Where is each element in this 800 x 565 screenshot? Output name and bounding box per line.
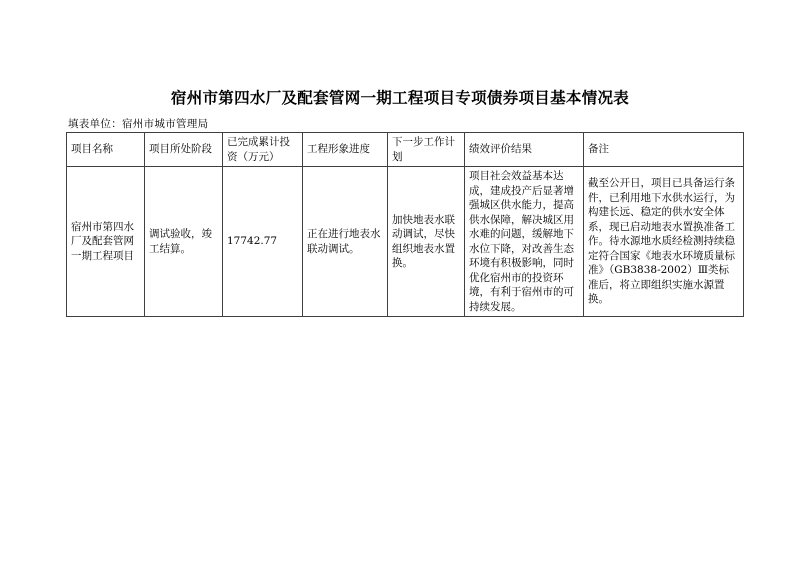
document-page: 宿州市第四水厂及配套管网一期工程项目专项债券项目基本情况表 填表单位：宿州市城市…	[0, 0, 800, 565]
cell-construction-progress: 正在进行地表水联动调试。	[303, 167, 388, 317]
table-row: 宿州市第四水厂及配套管网一期工程项目 调试验收，竣工结算。 17742.77 正…	[67, 167, 744, 317]
cell-performance-result: 项目社会效益基本达成，建成投产后显著增强城区供水能力，提高供水保障，解决城区用水…	[465, 167, 584, 317]
cell-project-stage: 调试验收，竣工结算。	[145, 167, 223, 317]
header-next-work-plan: 下一步工作计划	[388, 133, 465, 167]
cell-project-name: 宿州市第四水厂及配套管网一期工程项目	[67, 167, 145, 317]
header-construction-progress: 工程形象进度	[303, 133, 388, 167]
header-performance-result: 绩效评价结果	[465, 133, 584, 167]
project-info-table: 项目名称 项目所处阶段 已完成累计投资（万元） 工程形象进度 下一步工作计划 绩…	[66, 132, 744, 317]
header-project-name: 项目名称	[67, 133, 145, 167]
form-unit-line: 填表单位：宿州市城市管理局	[68, 116, 208, 131]
cell-completed-investment: 17742.77	[223, 167, 303, 317]
table-header-row: 项目名称 项目所处阶段 已完成累计投资（万元） 工程形象进度 下一步工作计划 绩…	[67, 133, 744, 167]
header-project-stage: 项目所处阶段	[145, 133, 223, 167]
page-title: 宿州市第四水厂及配套管网一期工程项目专项债券项目基本情况表	[0, 86, 800, 108]
cell-next-work-plan: 加快地表水联动调试，尽快组织地表水置换。	[388, 167, 465, 317]
header-completed-investment: 已完成累计投资（万元）	[223, 133, 303, 167]
cell-remarks: 截至公开日，项目已具备运行条件，已利用地下水供水运行，为构建长远、稳定的供水安全…	[584, 167, 744, 317]
header-remarks: 备注	[584, 133, 744, 167]
